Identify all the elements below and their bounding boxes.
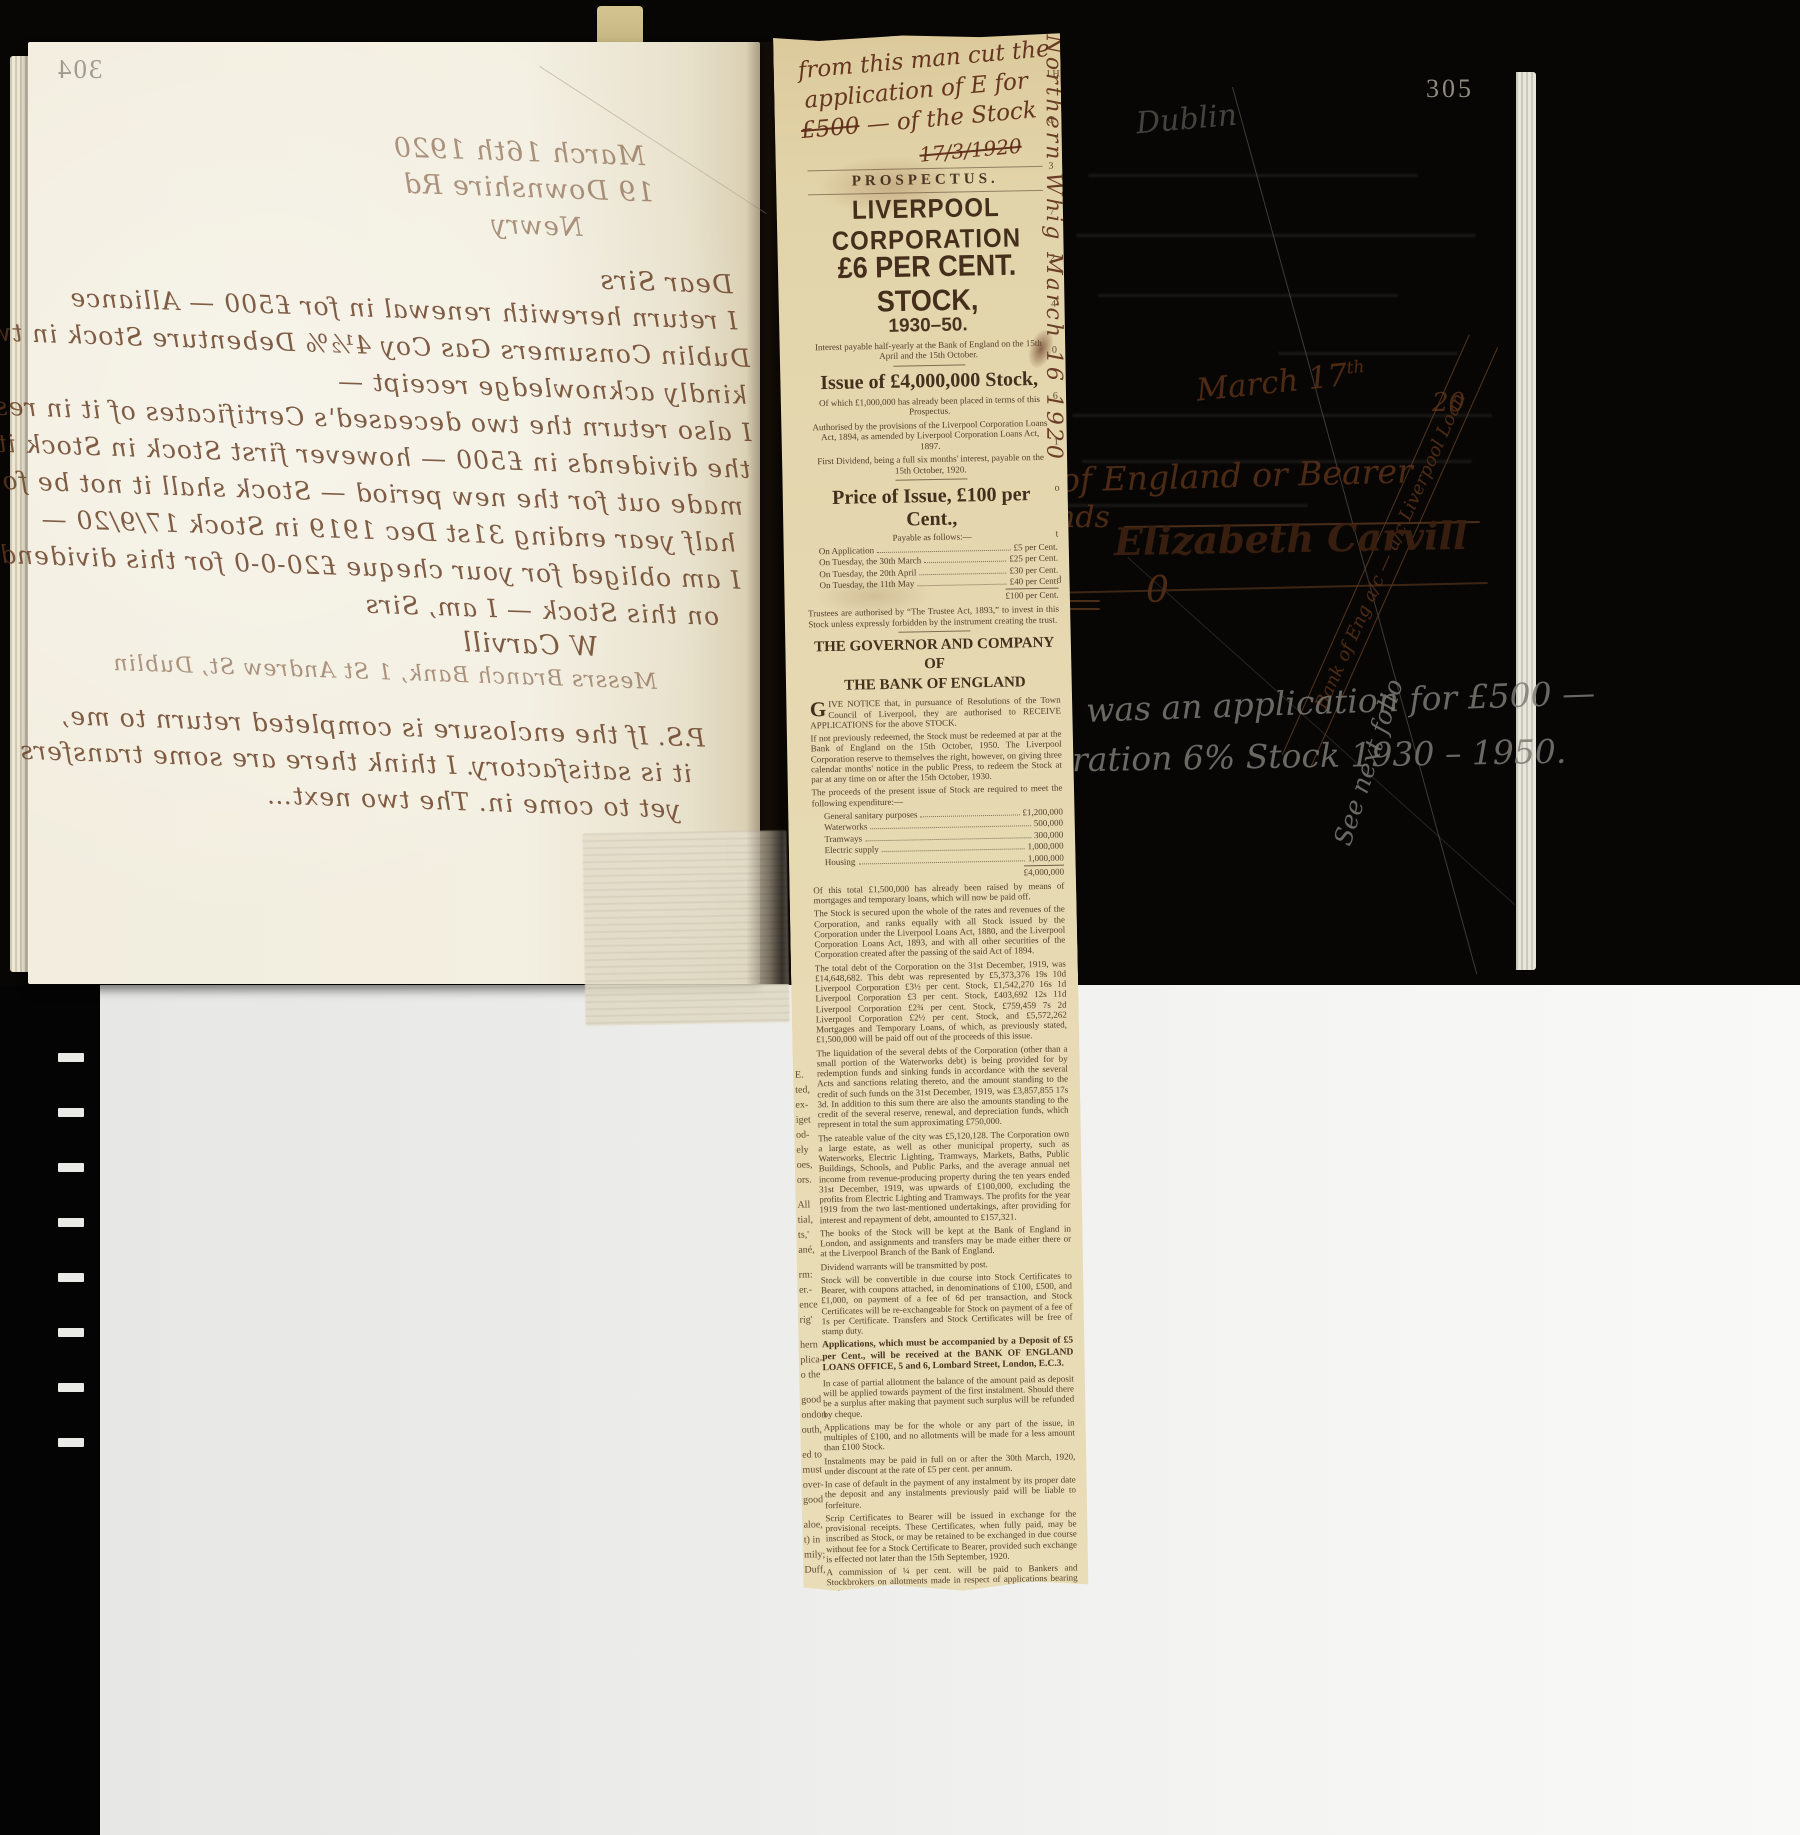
fragment: 2 <box>1050 252 1064 298</box>
letter-line: 19 Downshire Rd <box>402 169 654 209</box>
fragment: aloe, <box>803 1517 829 1532</box>
leader-dots <box>858 860 1024 864</box>
fragment: er.- <box>799 1282 825 1297</box>
expenditure-value: 1,000,000 <box>1027 841 1063 852</box>
leader-dots <box>917 584 1006 587</box>
issue-subnote: Of which £1,000,000 has already been pla… <box>810 394 1049 419</box>
ghost-writing-line <box>1098 294 1398 297</box>
fragment-gap <box>800 1327 826 1337</box>
leader-dots <box>870 826 1030 830</box>
expenditure-total: £4,000,000 <box>1023 864 1064 877</box>
expenditure-value: 300,000 <box>1034 829 1063 840</box>
left-page: 304 March 16th 1920 19 Downshire Rd Newr… <box>28 42 760 984</box>
fragment-gap <box>805 1577 831 1587</box>
fragment: oes, <box>797 1157 823 1172</box>
film-edge-strip <box>0 985 100 1835</box>
redeem-para: If not previously redeemed, the Stock mu… <box>810 729 1062 785</box>
letter-line: on this Stock — I am, Sirs <box>364 590 719 631</box>
ghost-writing-line <box>1278 352 1458 355</box>
ink-date-main: March 17 <box>1195 357 1350 409</box>
film-mark <box>58 1218 84 1227</box>
fragment: hern <box>800 1337 826 1352</box>
fragment: ed to <box>802 1447 828 1462</box>
ink-rule <box>1048 582 1488 594</box>
fragment: All <box>797 1197 823 1212</box>
fragment: over- <box>803 1477 829 1492</box>
rule <box>898 630 970 632</box>
fragment: tial, <box>798 1212 824 1227</box>
fragment: mily; <box>804 1547 830 1562</box>
expenditure-label: Housing <box>825 856 856 867</box>
scrip-para: Scrip Certificates to Bearer will be iss… <box>825 1508 1077 1564</box>
proceeds-para: The proceeds of the present issue of Sto… <box>811 783 1062 808</box>
rateable-para: The rateable value of the city was £5,12… <box>818 1128 1071 1225</box>
fragment-gap <box>801 1382 827 1392</box>
secured-para: The Stock is secured upon the whole of t… <box>814 904 1066 960</box>
raised-para: Of this total £1,500,000 has already bee… <box>813 880 1064 905</box>
fragment: rm: <box>799 1267 825 1282</box>
archive-photo-canvas: { "photo": { "left_page_number": "304", … <box>0 0 1800 1835</box>
fragment: 3 <box>1048 160 1062 206</box>
fragment: o <box>1055 482 1069 528</box>
governor-heading-1: THE GOVERNOR AND COMPANY OF <box>809 633 1061 677</box>
ghost-writing-line <box>1072 414 1492 417</box>
masthead: PROSPECTUS. <box>800 170 1051 192</box>
fragment: t) in <box>804 1532 830 1547</box>
pencil-application-note-2: ration 6% Stock 1930 – 1950. <box>1072 732 1567 780</box>
expenditure-label: Waterworks <box>824 822 867 833</box>
right-page-number: 305 <box>1426 74 1474 104</box>
trustees-para: Trustees are authorised by “The Trustee … <box>808 604 1059 629</box>
film-mark <box>58 1328 84 1337</box>
payment-label: On Tuesday, the 11th May <box>819 579 914 591</box>
fragment-gap <box>798 1257 824 1267</box>
leader-dots <box>924 561 1006 564</box>
fragment: ors. <box>797 1172 823 1187</box>
fragment: I H <box>1047 69 1061 115</box>
issue-heading: Issue of £4,000,000 Stock, <box>803 368 1054 396</box>
leader-dots <box>877 549 1010 553</box>
fragment: E. <box>795 1067 821 1082</box>
fragment: C <box>1047 114 1061 160</box>
film-mark <box>58 1108 84 1117</box>
letter-line: kindly acknowledge receipt — <box>337 367 748 410</box>
fragment: ex- <box>795 1097 821 1112</box>
fragment: outh, <box>802 1422 828 1437</box>
clipping-title-2: £6 PER CENT. STOCK, <box>801 248 1053 321</box>
fragment: 0 <box>1052 344 1066 390</box>
struck-amount: £500 <box>800 113 861 144</box>
fragment: rig' <box>799 1312 825 1327</box>
applications-bold-para: Applications, which must be accompanied … <box>822 1336 1074 1374</box>
zero-mark: 0 <box>1146 570 1169 611</box>
warrants-para: Dividend warrants will be transmitted by… <box>821 1257 1072 1272</box>
fragment-gap <box>797 1187 823 1197</box>
whole-or-part-para: Applications may be for the whole or any… <box>824 1417 1076 1453</box>
film-mark <box>58 1053 84 1062</box>
books-para: The books of the Stock will be kept at t… <box>820 1223 1072 1259</box>
letter-line: March 16th 1920 <box>392 132 646 172</box>
price-heading: Price of Issue, £100 per Cent., <box>806 483 1058 534</box>
interest-note: Interest payable half-yearly at the Bank… <box>809 338 1048 363</box>
fragment-gap <box>803 1507 829 1517</box>
fragment: t <box>1055 528 1069 574</box>
ink-bearer-line: of England or Bearer <box>1060 451 1414 499</box>
fragment: must <box>802 1462 828 1477</box>
fragment: 7 <box>1049 206 1063 252</box>
newspaper-clipping: from this man cut the application of E f… <box>773 32 1090 1593</box>
fragment: good <box>803 1492 829 1507</box>
film-mark <box>58 1163 84 1172</box>
fragment: o the <box>801 1367 827 1382</box>
film-mark <box>58 1273 84 1282</box>
fragment: od- <box>796 1127 822 1142</box>
faint-place-note: Dublin <box>1135 98 1239 142</box>
partial-allotment-para: In case of partial allotment the balance… <box>823 1373 1075 1419</box>
fragment: iget <box>796 1112 822 1127</box>
ghost-writing-line <box>1076 234 1476 237</box>
fragment: 1 <box>1054 436 1068 482</box>
fragment: good <box>801 1392 827 1407</box>
clipping-annotation-4: 17/3/1920 <box>918 128 1051 170</box>
letter-line: Newry <box>490 210 584 243</box>
expenditure-value: £1,200,000 <box>1022 806 1063 817</box>
letter-line: yet to come in. The two next… <box>266 780 681 823</box>
payment-label: On Tuesday, the 30th March <box>819 556 921 568</box>
fragment: 6 <box>1053 390 1067 436</box>
payment-total-row: £100 per Cent. <box>808 588 1059 605</box>
expenditure-total-row: £4,000,000 <box>813 864 1064 881</box>
letter-signature: W Carvill <box>461 627 598 663</box>
default-para: In case of default in the payment of any… <box>825 1475 1077 1511</box>
fragment-gap <box>802 1437 828 1447</box>
letter-line: Dear Sirs <box>599 266 733 301</box>
leader-dots <box>882 849 1025 853</box>
payment-label: On Application <box>819 545 874 556</box>
leader-dots <box>919 572 1006 575</box>
payment-label: On Tuesday, the 20th April <box>819 567 916 579</box>
leader-dots <box>865 837 1031 841</box>
pencil-application-note-1: was an application for £500 — <box>1085 673 1595 730</box>
instalments-para: Instalments may be paid in full on or af… <box>824 1451 1075 1476</box>
fragment: ted, <box>795 1082 821 1097</box>
first-dividend-note: First Dividend, being a full six months'… <box>811 452 1050 477</box>
right-page: 305 Dublin March 17th 20 Bank of Eng a/c… <box>1028 52 1522 982</box>
fragment: 4 <box>1051 298 1065 344</box>
leader-dots <box>920 814 1019 817</box>
fragment: ence <box>799 1297 825 1312</box>
film-mark <box>58 1438 84 1447</box>
rule <box>893 364 965 366</box>
liquidation-para: The liquidation of the several debts of … <box>816 1043 1069 1130</box>
signature-elizabeth-carvill: Elizabeth Carvill <box>1114 513 1468 564</box>
ink-date-sup: th <box>1346 357 1366 379</box>
fragment: ely <box>796 1142 822 1157</box>
authorised-note: Authorised by the provisions of the Live… <box>810 418 1050 454</box>
debt-para: The total debt of the Corporation on the… <box>815 958 1068 1045</box>
convertible-para: Stock will be convertible in due course … <box>821 1270 1073 1336</box>
expenditure-label: Tramways <box>824 833 862 844</box>
rule <box>895 478 967 480</box>
fragment: plica- <box>800 1352 826 1367</box>
ghost-writing-line <box>1088 174 1418 177</box>
expenditure-label: General sanitary purposes <box>824 809 918 821</box>
film-mark <box>58 1383 84 1392</box>
fragment: ondon <box>801 1407 827 1422</box>
give-notice-para: GIVE NOTICE that, in pursuance of Resolu… <box>810 695 1062 731</box>
fragment: Duff, <box>804 1562 830 1577</box>
expenditure-label: Electric supply <box>825 844 879 855</box>
fragment: ané, <box>798 1242 824 1257</box>
governor-heading-2: THE BANK OF ENGLAND <box>809 672 1060 696</box>
mirrored-letter-offset: March 16th 1920 19 Downshire Rd Newry De… <box>70 100 797 904</box>
left-page-number: 304 <box>56 54 103 85</box>
expenditure-value: 500,000 <box>1034 818 1063 829</box>
fragment: ts,' <box>798 1227 824 1242</box>
fragment: d <box>1056 574 1070 620</box>
expenditure-value: 1,000,000 <box>1028 852 1064 863</box>
ink-date: March 17th <box>1195 355 1367 409</box>
